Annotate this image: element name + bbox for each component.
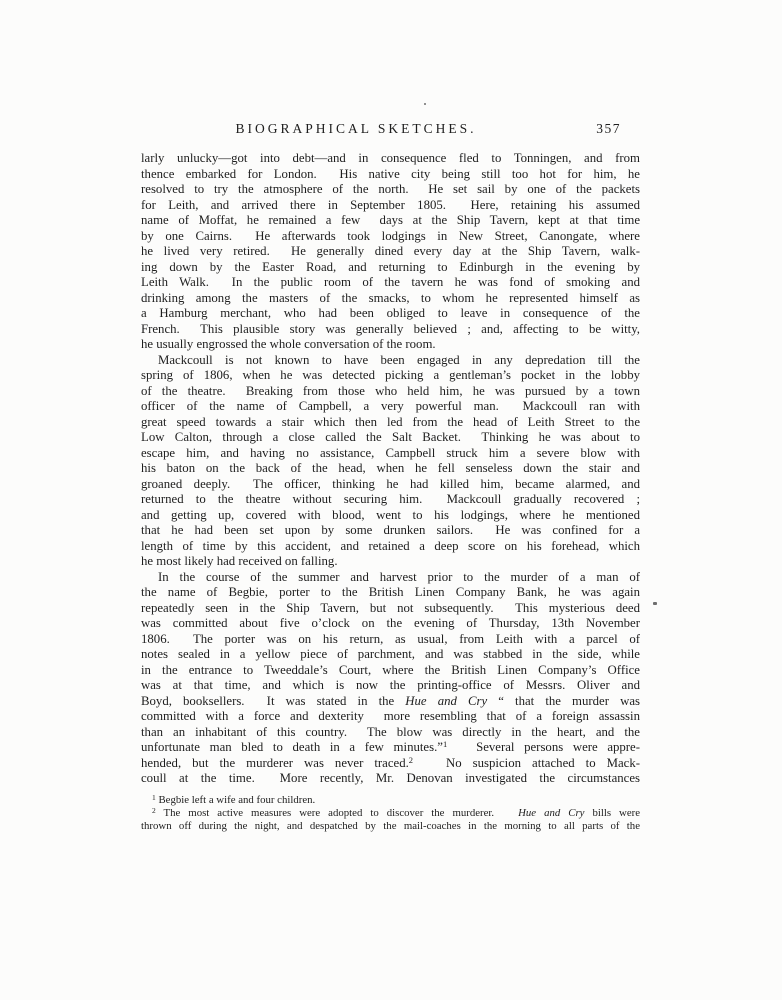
running-header: BIOGRAPHICAL SKETCHES. bbox=[141, 121, 571, 137]
text-line: he usually engrossed the whole conversat… bbox=[141, 337, 640, 353]
text-line: Leith Walk. In the public room of the ta… bbox=[141, 275, 640, 291]
page-number: 357 bbox=[596, 121, 621, 137]
text-line: ing down by the Easter Road, and returni… bbox=[141, 260, 640, 276]
text-line: 2 The most active measures were adopted … bbox=[141, 807, 640, 820]
text-line: larly unlucky—got into debt—and in conse… bbox=[141, 151, 640, 167]
text-line: notes sealed in a yellow piece of parchm… bbox=[141, 647, 640, 663]
text-line: French. This plausible story was general… bbox=[141, 322, 640, 338]
text-line: resolved to try the atmosphere of the no… bbox=[141, 182, 640, 198]
text-line: officer of the name of Campbell, a very … bbox=[141, 399, 640, 415]
text-line: a Hamburg merchant, who had been obliged… bbox=[141, 306, 640, 322]
footnotes: 1 Begbie left a wife and four children.2… bbox=[141, 794, 640, 834]
text-line: returned to the theatre without securing… bbox=[141, 492, 640, 508]
text-line: drinking among the masters of the smacks… bbox=[141, 291, 640, 307]
text-line: by one Cairns. He afterwards took lodgin… bbox=[141, 229, 640, 245]
text-line: that he had been set upon by some drunke… bbox=[141, 523, 640, 539]
text-line: than an inhabitant of this country. The … bbox=[141, 725, 640, 741]
text-line: his baton on the back of the head, when … bbox=[141, 461, 640, 477]
text-block: BIOGRAPHICAL SKETCHES. 357 larly unlucky… bbox=[141, 121, 640, 834]
paragraph: In the course of the summer and harvest … bbox=[141, 570, 640, 787]
footnote: 1 Begbie left a wife and four children. bbox=[141, 794, 640, 807]
text-line: unfortunate man bled to death in a few m… bbox=[141, 740, 640, 756]
text-line: coull at the time. More recently, Mr. De… bbox=[141, 771, 640, 787]
paragraph: Mackcoull is not known to have been enga… bbox=[141, 353, 640, 570]
page-header: BIOGRAPHICAL SKETCHES. 357 bbox=[141, 121, 640, 136]
text-line: and getting up, covered with blood, went… bbox=[141, 508, 640, 524]
text-line: thence embarked for London. His native c… bbox=[141, 167, 640, 183]
scan-speck bbox=[653, 602, 657, 605]
text-line: of the theatre. Breaking from those who … bbox=[141, 384, 640, 400]
text-line: Mackcoull is not known to have been enga… bbox=[141, 353, 640, 369]
book-page: BIOGRAPHICAL SKETCHES. 357 larly unlucky… bbox=[0, 0, 782, 1000]
text-line: repeatedly seen in the Ship Tavern, but … bbox=[141, 601, 640, 617]
text-line: was committed about five o’clock on the … bbox=[141, 616, 640, 632]
text-line: was at that time, and which is now the p… bbox=[141, 678, 640, 694]
text-line: thrown off during the night, and despatc… bbox=[141, 820, 640, 833]
scan-speck bbox=[424, 103, 426, 105]
paragraph: larly unlucky—got into debt—and in conse… bbox=[141, 151, 640, 353]
text-line: Low Calton, through a close called the S… bbox=[141, 430, 640, 446]
text-line: Boyd, booksellers. It was stated in the … bbox=[141, 694, 640, 710]
text-line: In the course of the summer and harvest … bbox=[141, 570, 640, 586]
text-line: 1806. The porter was on his return, as u… bbox=[141, 632, 640, 648]
body-text: larly unlucky—got into debt—and in conse… bbox=[141, 151, 640, 787]
text-line: length of time by this accident, and ret… bbox=[141, 539, 640, 555]
text-line: for Leith, and arrived there in Septembe… bbox=[141, 198, 640, 214]
text-line: groaned deeply. The officer, thinking he… bbox=[141, 477, 640, 493]
text-line: in the entrance to Tweeddale’s Court, wh… bbox=[141, 663, 640, 679]
text-line: great speed towards a stair which then l… bbox=[141, 415, 640, 431]
text-line: the name of Begbie, porter to the Britis… bbox=[141, 585, 640, 601]
text-line: he most likely had received on falling. bbox=[141, 554, 640, 570]
text-line: he lived very retired. He generally dine… bbox=[141, 244, 640, 260]
text-line: spring of 1806, when he was detected pic… bbox=[141, 368, 640, 384]
text-line: committed with a force and dexterity mor… bbox=[141, 709, 640, 725]
text-line: 1 Begbie left a wife and four children. bbox=[141, 794, 640, 807]
text-line: hended, but the murderer was never trace… bbox=[141, 756, 640, 772]
footnote: 2 The most active measures were adopted … bbox=[141, 807, 640, 834]
text-line: escape him, and having no assistance, Ca… bbox=[141, 446, 640, 462]
text-line: name of Moffat, he remained a few days a… bbox=[141, 213, 640, 229]
